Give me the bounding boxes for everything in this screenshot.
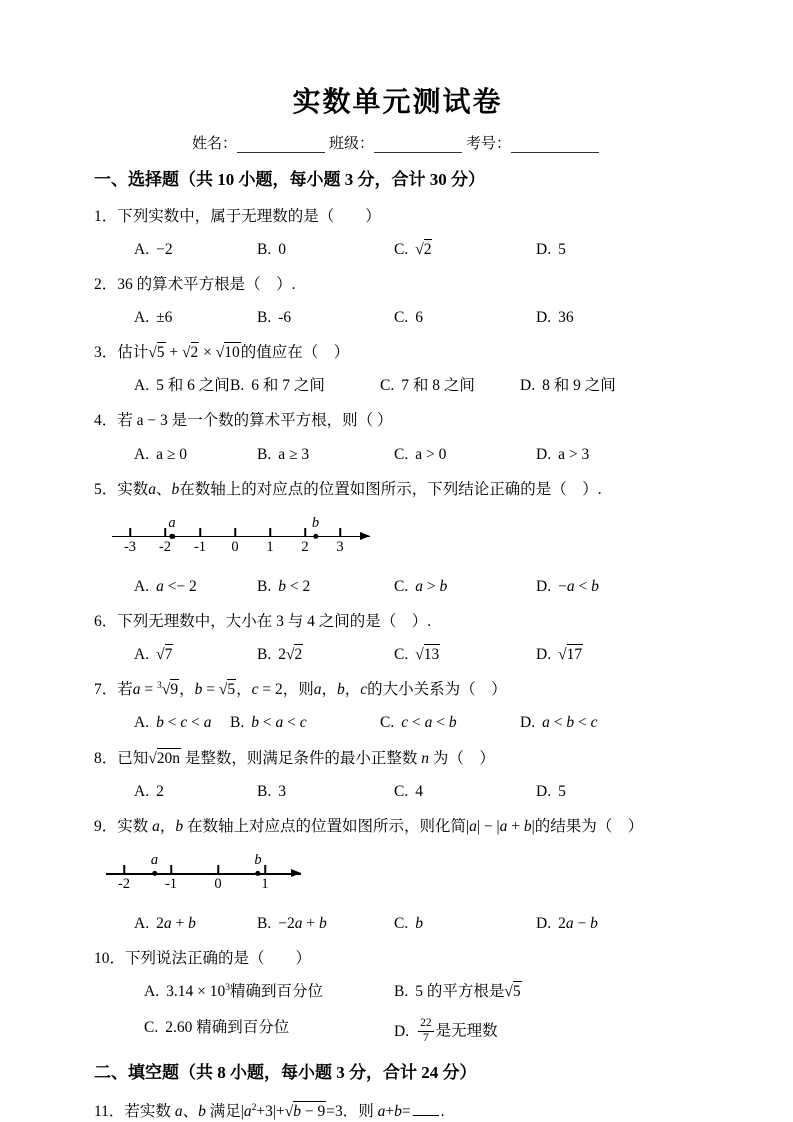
option: C.b bbox=[394, 914, 536, 934]
axis-line bbox=[106, 873, 301, 875]
question-stem: 8．已知√20n 是整数，则满足条件的最小正整数 n 为（ ） bbox=[94, 749, 701, 769]
tick-label: 0 bbox=[214, 876, 221, 893]
option: A.√7 bbox=[134, 645, 257, 665]
options-row: A.√7B.2√2C.√13D.√17 bbox=[134, 645, 701, 665]
option-letter: A. bbox=[134, 714, 149, 731]
option-letter: A. bbox=[134, 578, 149, 595]
number-line-figure: -2-101ab bbox=[106, 851, 301, 901]
option-letter: B. bbox=[257, 446, 271, 463]
option: D.a < b < c bbox=[520, 713, 701, 733]
option-letter: D. bbox=[536, 309, 551, 326]
tick-label: 3 bbox=[336, 539, 343, 556]
option: A.2 bbox=[134, 782, 257, 802]
option-letter: A. bbox=[144, 983, 159, 1000]
option: D.36 bbox=[536, 308, 701, 328]
point-label: a bbox=[151, 852, 158, 869]
option-letter: C. bbox=[394, 241, 408, 258]
tick-label: 1 bbox=[261, 876, 268, 893]
option: A.2a + b bbox=[134, 914, 257, 934]
name-field: 姓名： bbox=[192, 132, 329, 153]
option-letter: C. bbox=[394, 783, 408, 800]
option: B.b < a < c bbox=[230, 713, 380, 733]
option-letter: A. bbox=[134, 783, 149, 800]
options-row: A.a <− 2B.b < 2C.a > bD.−a < b bbox=[134, 577, 701, 597]
question-stem: 6．下列无理数中，大小在 3 与 4 之间的是（ ）. bbox=[94, 612, 701, 632]
option-letter: D. bbox=[536, 646, 551, 663]
option-letter: A. bbox=[134, 241, 149, 258]
option-letter: C. bbox=[380, 377, 394, 394]
tick-mark bbox=[217, 865, 219, 874]
option-letter: D. bbox=[536, 783, 551, 800]
tick-mark bbox=[269, 528, 271, 537]
point-label: b bbox=[312, 515, 319, 532]
tick-mark bbox=[123, 865, 125, 874]
tick-mark bbox=[164, 528, 166, 537]
tick-label: -3 bbox=[124, 539, 136, 556]
exam-number-blank bbox=[511, 136, 599, 153]
option-letter: C. bbox=[394, 915, 408, 932]
option: A.5 和 6 之间 bbox=[134, 376, 230, 396]
tick-label: 1 bbox=[266, 539, 273, 556]
answer-blank bbox=[413, 1100, 439, 1116]
options-row: A.a ≥ 0B.a ≥ 3C.a > 0D.a > 3 bbox=[134, 445, 701, 465]
options-row: A.3.14 × 103精确到百分位B.5 的平方根是√5C.2.60 精确到百… bbox=[144, 982, 701, 1046]
point-label: b bbox=[254, 852, 261, 869]
name-blank bbox=[237, 136, 325, 153]
option: C.4 bbox=[394, 782, 536, 802]
option-letter: B. bbox=[230, 714, 244, 731]
option: C.6 bbox=[394, 308, 536, 328]
option: D.227是无理数 bbox=[394, 1018, 701, 1045]
question-stem: 5．实数a、b在数轴上的对应点的位置如图所示，下列结论正确的是（ ）. bbox=[94, 480, 701, 500]
question-stem: 3．估计√5 + √2 × √10的值应在（ ） bbox=[94, 343, 701, 363]
tick-mark bbox=[199, 528, 201, 537]
option: D.8 和 9 之间 bbox=[520, 376, 701, 396]
tick-label: 2 bbox=[301, 539, 308, 556]
point-label: a bbox=[168, 515, 175, 532]
option: B.a ≥ 3 bbox=[257, 445, 394, 465]
point-dot bbox=[313, 534, 319, 540]
option-letter: D. bbox=[394, 1023, 409, 1040]
options-row: A.b < c < aB.b < a < cC.c < a < bD.a < b… bbox=[134, 713, 701, 733]
question-stem: 2．36 的算术平方根是（ ）. bbox=[94, 275, 701, 295]
exam-number-label: 考号： bbox=[466, 132, 511, 153]
section-heading: 二、填空题（共 8 小题，每小题 3 分，合计 24 分） bbox=[94, 1062, 701, 1085]
tick-mark bbox=[264, 865, 266, 874]
option-letter: A. bbox=[134, 377, 149, 394]
option: C.c < a < b bbox=[380, 713, 520, 733]
fraction: 227 bbox=[418, 1017, 434, 1044]
option: B.2√2 bbox=[257, 645, 394, 665]
axis-arrow-icon bbox=[291, 869, 301, 877]
option: C.7 和 8 之间 bbox=[380, 376, 520, 396]
option-letter: C. bbox=[394, 578, 408, 595]
option: A.a <− 2 bbox=[134, 577, 257, 597]
option: C.2.60 精确到百分位 bbox=[144, 1018, 394, 1045]
tick-mark bbox=[234, 528, 236, 537]
option-letter: B. bbox=[257, 309, 271, 326]
tick-label: -1 bbox=[194, 539, 206, 556]
option: C.√13 bbox=[394, 645, 536, 665]
option: D.√17 bbox=[536, 645, 701, 665]
tick-label: -1 bbox=[165, 876, 177, 893]
option-letter: D. bbox=[520, 377, 535, 394]
option-letter: B. bbox=[257, 241, 271, 258]
option: B.5 的平方根是√5 bbox=[394, 982, 701, 1002]
option: C.√2 bbox=[394, 240, 536, 260]
option: B.-6 bbox=[257, 308, 394, 328]
option-letter: B. bbox=[257, 915, 271, 932]
tick-mark bbox=[170, 865, 172, 874]
class-field: 班级： bbox=[329, 132, 466, 153]
option: D.2a − b bbox=[536, 914, 701, 934]
axis-arrow-icon bbox=[360, 532, 370, 540]
option: C.a > b bbox=[394, 577, 536, 597]
point-dot bbox=[152, 871, 158, 877]
exam-number-field: 考号： bbox=[466, 132, 603, 153]
tick-label: 0 bbox=[231, 539, 238, 556]
point-dot bbox=[255, 871, 261, 877]
question-stem: 10．下列说法正确的是（ ） bbox=[94, 949, 701, 969]
point-dot bbox=[169, 534, 175, 540]
option-letter: D. bbox=[536, 241, 551, 258]
options-row: A.−2B.0C.√2D.5 bbox=[134, 240, 701, 260]
option: B.6 和 7 之间 bbox=[230, 376, 380, 396]
section-heading: 一、选择题（共 10 小题，每小题 3 分，合计 30 分） bbox=[94, 169, 701, 192]
question-stem: 9．实数 a，b 在数轴上对应点的位置如图所示，则化简|a| − |a + b|… bbox=[94, 817, 701, 837]
page-content: 实数单元测试卷 姓名： 班级： 考号： 一、选择题（共 10 小题，每小题 3 … bbox=[0, 0, 793, 1122]
option: A.3.14 × 103精确到百分位 bbox=[144, 982, 394, 1002]
question-stem: 7．若a = 3√9，b = √5，c = 2，则a，b，c的大小关系为（ ） bbox=[94, 680, 701, 700]
option-letter: C. bbox=[394, 309, 408, 326]
option-letter: A. bbox=[134, 646, 149, 663]
options-row: A.±6B.-6C.6D.36 bbox=[134, 308, 701, 328]
student-info-row: 姓名： 班级： 考号： bbox=[94, 132, 701, 153]
option: B.0 bbox=[257, 240, 394, 260]
option-letter: A. bbox=[134, 446, 149, 463]
option-letter: B. bbox=[257, 646, 271, 663]
tick-label: -2 bbox=[159, 539, 171, 556]
question-stem: 1．下列实数中，属于无理数的是（ ） bbox=[94, 207, 701, 227]
option: C.a > 0 bbox=[394, 445, 536, 465]
option: D.5 bbox=[536, 240, 701, 260]
axis-line bbox=[112, 536, 370, 538]
option: A.±6 bbox=[134, 308, 257, 328]
tick-mark bbox=[304, 528, 306, 537]
options-row: A.5 和 6 之间B.6 和 7 之间C.7 和 8 之间D.8 和 9 之间 bbox=[134, 376, 701, 396]
tick-label: -2 bbox=[118, 876, 130, 893]
option: A.−2 bbox=[134, 240, 257, 260]
option-letter: C. bbox=[380, 714, 394, 731]
option: D.−a < b bbox=[536, 577, 701, 597]
option-letter: C. bbox=[394, 646, 408, 663]
question-stem: 4．若 a − 3 是一个数的算术平方根，则（ ） bbox=[94, 411, 701, 431]
option-letter: D. bbox=[536, 915, 551, 932]
tick-mark bbox=[129, 528, 131, 537]
option-letter: A. bbox=[134, 309, 149, 326]
option-letter: D. bbox=[520, 714, 535, 731]
option: B.−2a + b bbox=[257, 914, 394, 934]
option: D.5 bbox=[536, 782, 701, 802]
option-letter: C. bbox=[144, 1019, 158, 1036]
name-label: 姓名： bbox=[192, 132, 237, 153]
page-title: 实数单元测试卷 bbox=[94, 86, 701, 120]
option: D.a > 3 bbox=[536, 445, 701, 465]
class-blank bbox=[374, 136, 462, 153]
option-letter: B. bbox=[257, 783, 271, 800]
number-line-figure: -3-2-10123ab bbox=[112, 514, 370, 564]
questions-root: 一、选择题（共 10 小题，每小题 3 分，合计 30 分）1．下列实数中，属于… bbox=[94, 169, 701, 1122]
option-letter: B. bbox=[394, 983, 408, 1000]
options-row: A.2a + bB.−2a + bC.bD.2a − b bbox=[134, 914, 701, 934]
option: A.b < c < a bbox=[134, 713, 230, 733]
tick-mark bbox=[339, 528, 341, 537]
option-letter: B. bbox=[230, 377, 244, 394]
question-stem: 11．若实数 a、b 满足|a2+3|+√b − 9=3．则 a+b=. bbox=[94, 1100, 701, 1122]
option-letter: C. bbox=[394, 446, 408, 463]
option: A.a ≥ 0 bbox=[134, 445, 257, 465]
test-paper-page: 实数单元测试卷 姓名： 班级： 考号： 一、选择题（共 10 小题，每小题 3 … bbox=[0, 0, 793, 1122]
class-label: 班级： bbox=[329, 132, 374, 153]
option-letter: D. bbox=[536, 446, 551, 463]
option-letter: A. bbox=[134, 915, 149, 932]
option: B.b < 2 bbox=[257, 577, 394, 597]
option: B.3 bbox=[257, 782, 394, 802]
option-letter: D. bbox=[536, 578, 551, 595]
option-letter: B. bbox=[257, 578, 271, 595]
options-row: A.2B.3C.4D.5 bbox=[134, 782, 701, 802]
